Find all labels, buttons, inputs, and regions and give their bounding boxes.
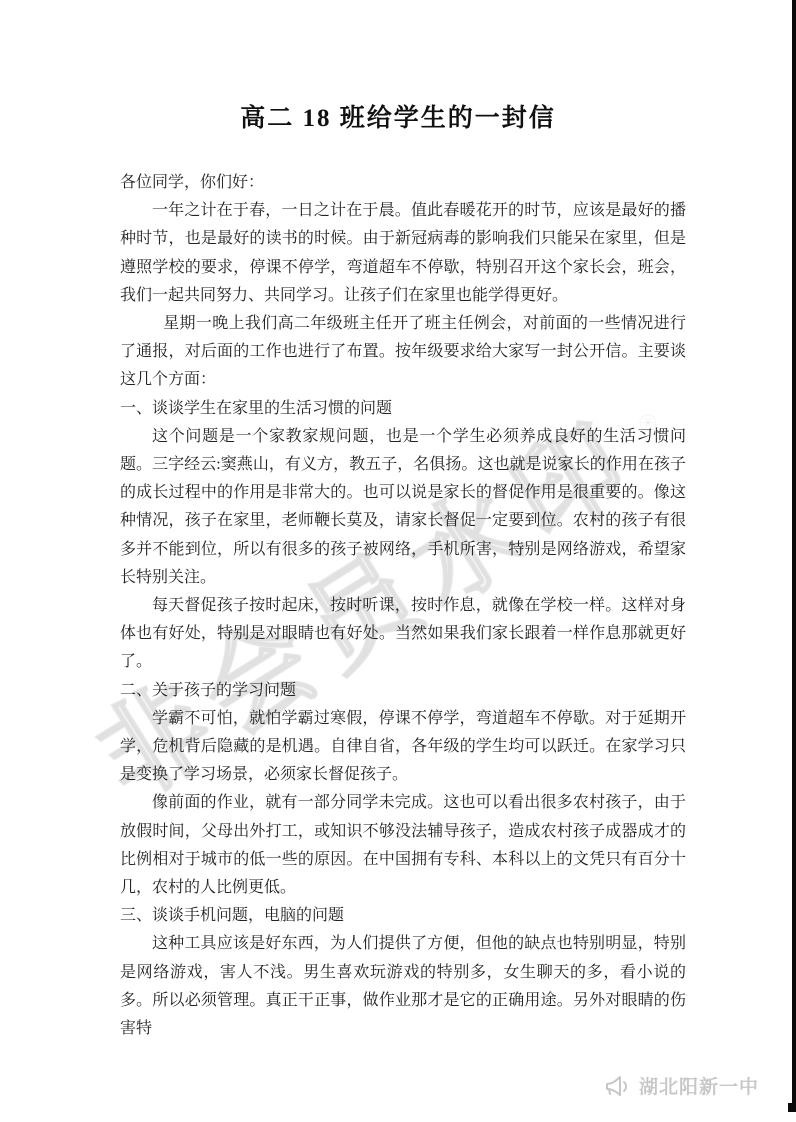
- section-heading-3: 三、谈谈手机问题，电脑的问题: [120, 902, 686, 930]
- section-heading-1: 一、谈谈学生在家里的生活习惯的问题: [120, 395, 686, 423]
- paragraph-section2-a: 学霸不可怕，就怕学霸过寒假，停课不停学，弯道超车不停歇。对于延期开学，危机背后隐…: [120, 705, 686, 790]
- footer-brand-label: 湖北阳新一中: [639, 1072, 759, 1099]
- page-title: 高二 18 班给学生的一封信: [0, 98, 796, 134]
- letter-body: 各位同学，你们好： 一年之计在于春，一日之计在于晨。值此春暖花开的时节，应该是最…: [120, 169, 686, 1043]
- paragraph-section1-b: 每天督促孩子按时起床，按时听课，按时作息，就像在学校一样。这样对身体也有好处，特…: [120, 592, 686, 677]
- paragraph-section3-a: 这种工具应该是好东西，为人们提供了方便，但他的缺点也特别明显，特别是网络游戏，害…: [120, 930, 686, 1043]
- right-edge-scan-line: [792, 0, 796, 1111]
- greeting-line: 各位同学，你们好：: [120, 169, 686, 197]
- paragraph-intro-2: 星期一晚上我们高二年级班主任开了班主任例会，对前面的一些情况进行了通报，对后面的…: [120, 310, 686, 395]
- footer-brand: 湖北阳新一中: [604, 1072, 759, 1099]
- paragraph-section2-b: 像前面的作业，就有一部分同学未完成。这也可以看出很多农村孩子，由于放假时间，父母…: [120, 789, 686, 902]
- right-edge-scan-mark: [788, 1103, 796, 1112]
- paragraph-section1-a: 这个问题是一个家教家规问题，也是一个学生必须养成良好的生活习惯问题。三字经云:窦…: [120, 423, 686, 592]
- megaphone-icon: [604, 1074, 632, 1098]
- paragraph-intro-1: 一年之计在于春，一日之计在于晨。值此春暖花开的时节，应该是最好的播种时节，也是最…: [120, 197, 686, 310]
- section-heading-2: 二、关于孩子的学习问题: [120, 677, 686, 705]
- document-page: 非会员水印 高二 18 班给学生的一封信 各位同学，你们好： 一年之计在于春，一…: [0, 0, 796, 1122]
